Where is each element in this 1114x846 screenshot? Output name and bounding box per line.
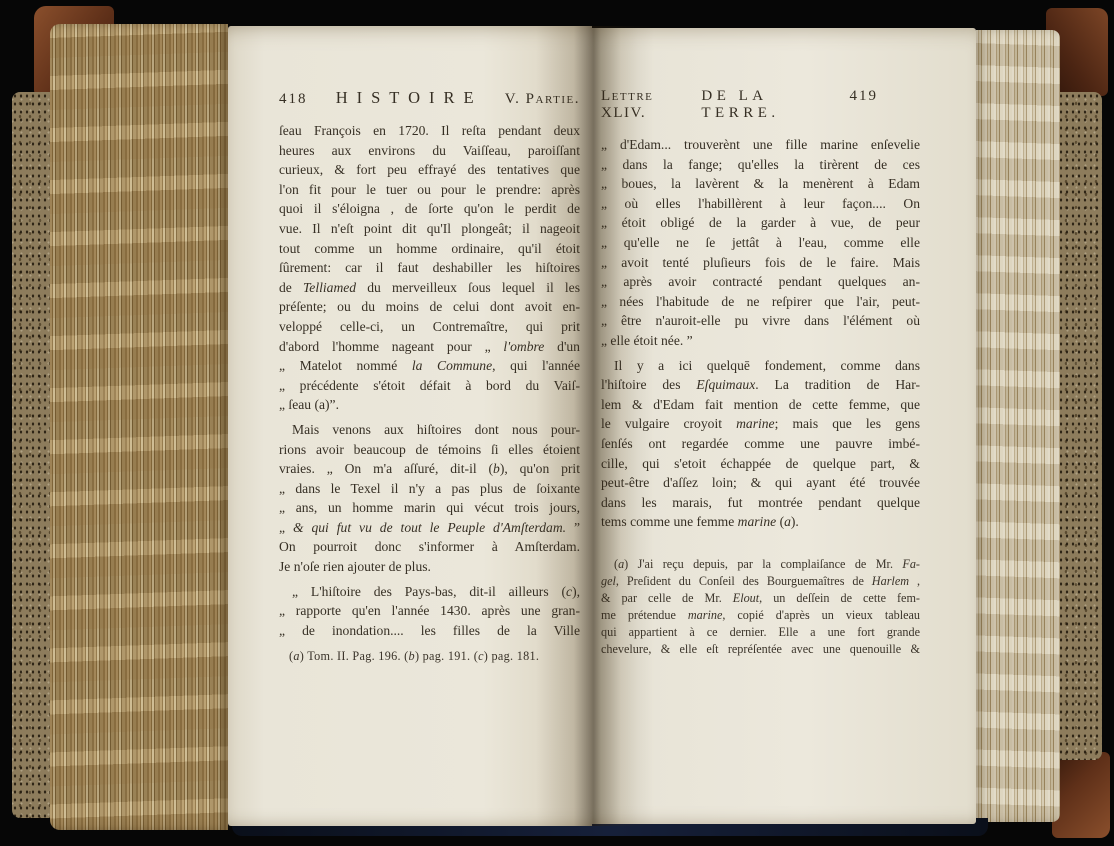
- text-line: l'on fit pour le tuer ou pour le prendre…: [279, 180, 580, 200]
- text-line: peut-être d'aſſez loin; & qui ayant été …: [601, 473, 920, 493]
- left-section-label: V. Partie.: [505, 91, 580, 108]
- left-fore-edge-pages: [50, 24, 228, 830]
- text-line: „ boues, la lavèrent & la menèrent à Eda…: [601, 174, 920, 194]
- text-line: (a) Tom. II. Pag. 196. (b) pag. 191. (c)…: [289, 648, 580, 665]
- book-photo: 418 HISTOIRE V. Partie. ſeau François en…: [0, 0, 1114, 846]
- text-line: ſenſés ont regardée comme une pauvre imb…: [601, 434, 920, 454]
- left-running-title: HISTOIRE: [330, 88, 483, 108]
- text-line: „ L'hiſtoire des Pays-bas, dit-il ailleu…: [279, 582, 580, 602]
- right-board-cover: [1058, 92, 1102, 760]
- text-line: l'hiſtoire des Eſquimaux. La tradition d…: [601, 375, 920, 395]
- left-page-text: 418 HISTOIRE V. Partie. ſeau François en…: [279, 88, 580, 665]
- right-running-title: DE LA TERRE.: [701, 88, 849, 122]
- text-line: chevelure, & elle eſt repréſentée avec u…: [601, 641, 920, 658]
- right-page-footnote: (a) J'ai reçu depuis, par la complaiſanc…: [601, 556, 920, 658]
- text-line: „ de inondation.... les filles de la Vil…: [279, 621, 580, 641]
- text-line: „ précédente s'étoit défait à bord du Va…: [279, 376, 580, 396]
- paragraph: Il y a ici quelquē fondement, comme dans…: [601, 356, 920, 532]
- left-running-head: 418 HISTOIRE V. Partie.: [279, 88, 580, 108]
- right-fore-edge-pages: [976, 30, 1060, 822]
- leather-corner-bottom-right: [1052, 752, 1110, 838]
- text-line: curieux, & fort peu effrayé des tentativ…: [279, 160, 580, 180]
- right-page-text: Lettre XLIV. DE LA TERRE. 419 „ d'Edam..…: [601, 88, 920, 658]
- text-line: „ rapporte qu'en l'année 1430. après une…: [279, 601, 580, 621]
- text-line: On pourroit donc s'informer à Amſterdam.: [279, 537, 580, 557]
- text-line: „ ſeau (a)”.: [279, 395, 580, 415]
- text-line: me prétendue marine, copié d'après un vi…: [601, 607, 920, 624]
- text-line: ſeau François en 1720. Il reſta pendant …: [279, 121, 580, 141]
- text-line: veloppé celle-ci, un Contremaître, qui p…: [279, 317, 580, 337]
- text-line: „ avoit tenté pluſieurs fois de le faire…: [601, 253, 920, 273]
- text-line: „ nées l'habitude de ne reſpirer que l'a…: [601, 292, 920, 312]
- text-line: préſente; ou du moins de celui dont avoi…: [279, 297, 580, 317]
- text-line: tems comme une femme marine (a).: [601, 512, 920, 532]
- paragraph: (a) Tom. II. Pag. 196. (b) pag. 191. (c)…: [289, 648, 580, 665]
- text-line: cille, qui s'etoit échappée de quelque p…: [601, 454, 920, 474]
- text-line: „ étoit obligé de la garder à vue, de pe…: [601, 213, 920, 233]
- text-line: heures aux environs du Vaiſſeau, paroiſſ…: [279, 141, 580, 161]
- text-line: „ dans le Texel il n'y a pas plus de ſoi…: [279, 479, 580, 499]
- text-line: dans les marais, fut montrée pendant que…: [601, 493, 920, 513]
- text-line: „ après avoir contracté pendant quelques…: [601, 272, 920, 292]
- text-line: qui appartient à ce dernier. Elle a une …: [601, 624, 920, 641]
- text-line: „ qu'elle ne ſe jettât à l'eau, comme el…: [601, 233, 920, 253]
- text-line: gel, Preſident du Conſeil des Bourguemaî…: [601, 573, 920, 590]
- text-line: rions avoir beaucoup de témoins ſi elles…: [279, 440, 580, 460]
- text-line: „ elle étoit née. ”: [601, 331, 920, 351]
- text-line: „ Matelot nommé la Commune, qui l'année: [279, 356, 580, 376]
- text-line: „ être n'auroit-elle pu vivre dans l'élé…: [601, 311, 920, 331]
- text-line: „ d'Edam... trouverènt une fille marine …: [601, 135, 920, 155]
- paragraph: „ L'hiſtoire des Pays-bas, dit-il ailleu…: [279, 582, 580, 641]
- right-running-head: Lettre XLIV. DE LA TERRE. 419: [601, 88, 920, 122]
- text-line: „ & qui fut vu de tout le Peuple d'Amſte…: [279, 518, 580, 538]
- text-line: le vulgaire croyoit marine; mais que les…: [601, 414, 920, 434]
- text-line: ſûrement: car il faut deshabiller les hi…: [279, 258, 580, 278]
- paragraph: „ d'Edam... trouverènt une fille marine …: [601, 135, 920, 351]
- text-line: (a) J'ai reçu depuis, par la complaiſanc…: [601, 556, 920, 573]
- text-line: Il y a ici quelquē fondement, comme dans: [601, 356, 920, 376]
- text-line: quoi il s'éloigna , de ſorte qu'on le pe…: [279, 199, 580, 219]
- right-page-number: 419: [850, 88, 879, 105]
- text-line: tout comme un homme ordinaire, qu'il éto…: [279, 239, 580, 259]
- text-line: de Telliamed du merveilleux ſous lequel …: [279, 278, 580, 298]
- text-line: „ où elles l'habillèrent à leur façon...…: [601, 194, 920, 214]
- left-page-number: 418: [279, 91, 308, 108]
- left-page-footnote: (a) Tom. II. Pag. 196. (b) pag. 191. (c)…: [279, 648, 580, 665]
- text-line: Mais venons aux hiſtoires dont nous pour…: [279, 420, 580, 440]
- text-line: vraies. „ On m'a aſſuré, dit-il (b), qu'…: [279, 459, 580, 479]
- left-page-body: ſeau François en 1720. Il reſta pendant …: [279, 121, 580, 640]
- paragraph: Mais venons aux hiſtoires dont nous pour…: [279, 420, 580, 577]
- text-line: d'abord l'homme nageant pour „ l'ombre d…: [279, 337, 580, 357]
- text-line: lem & d'Edam fait mention de cette femme…: [601, 395, 920, 415]
- text-line: vue. Il n'eſt point dit qu'Il plongeât; …: [279, 219, 580, 239]
- right-page-body: „ d'Edam... trouverènt une fille marine …: [601, 135, 920, 532]
- text-line: „ ans, un homme marin qui vécut trois jo…: [279, 498, 580, 518]
- paragraph: (a) J'ai reçu depuis, par la complaiſanc…: [601, 556, 920, 658]
- text-line: Je n'oſe rien ajouter de plus.: [279, 557, 580, 577]
- left-board-cover: [12, 92, 50, 818]
- text-line: „ dans la fange; qu'elles la tirèrent de…: [601, 155, 920, 175]
- text-line: & par celle de Mr. Elout, un deſſein de …: [601, 590, 920, 607]
- right-letter-label: Lettre XLIV.: [601, 88, 701, 122]
- paragraph: ſeau François en 1720. Il reſta pendant …: [279, 121, 580, 415]
